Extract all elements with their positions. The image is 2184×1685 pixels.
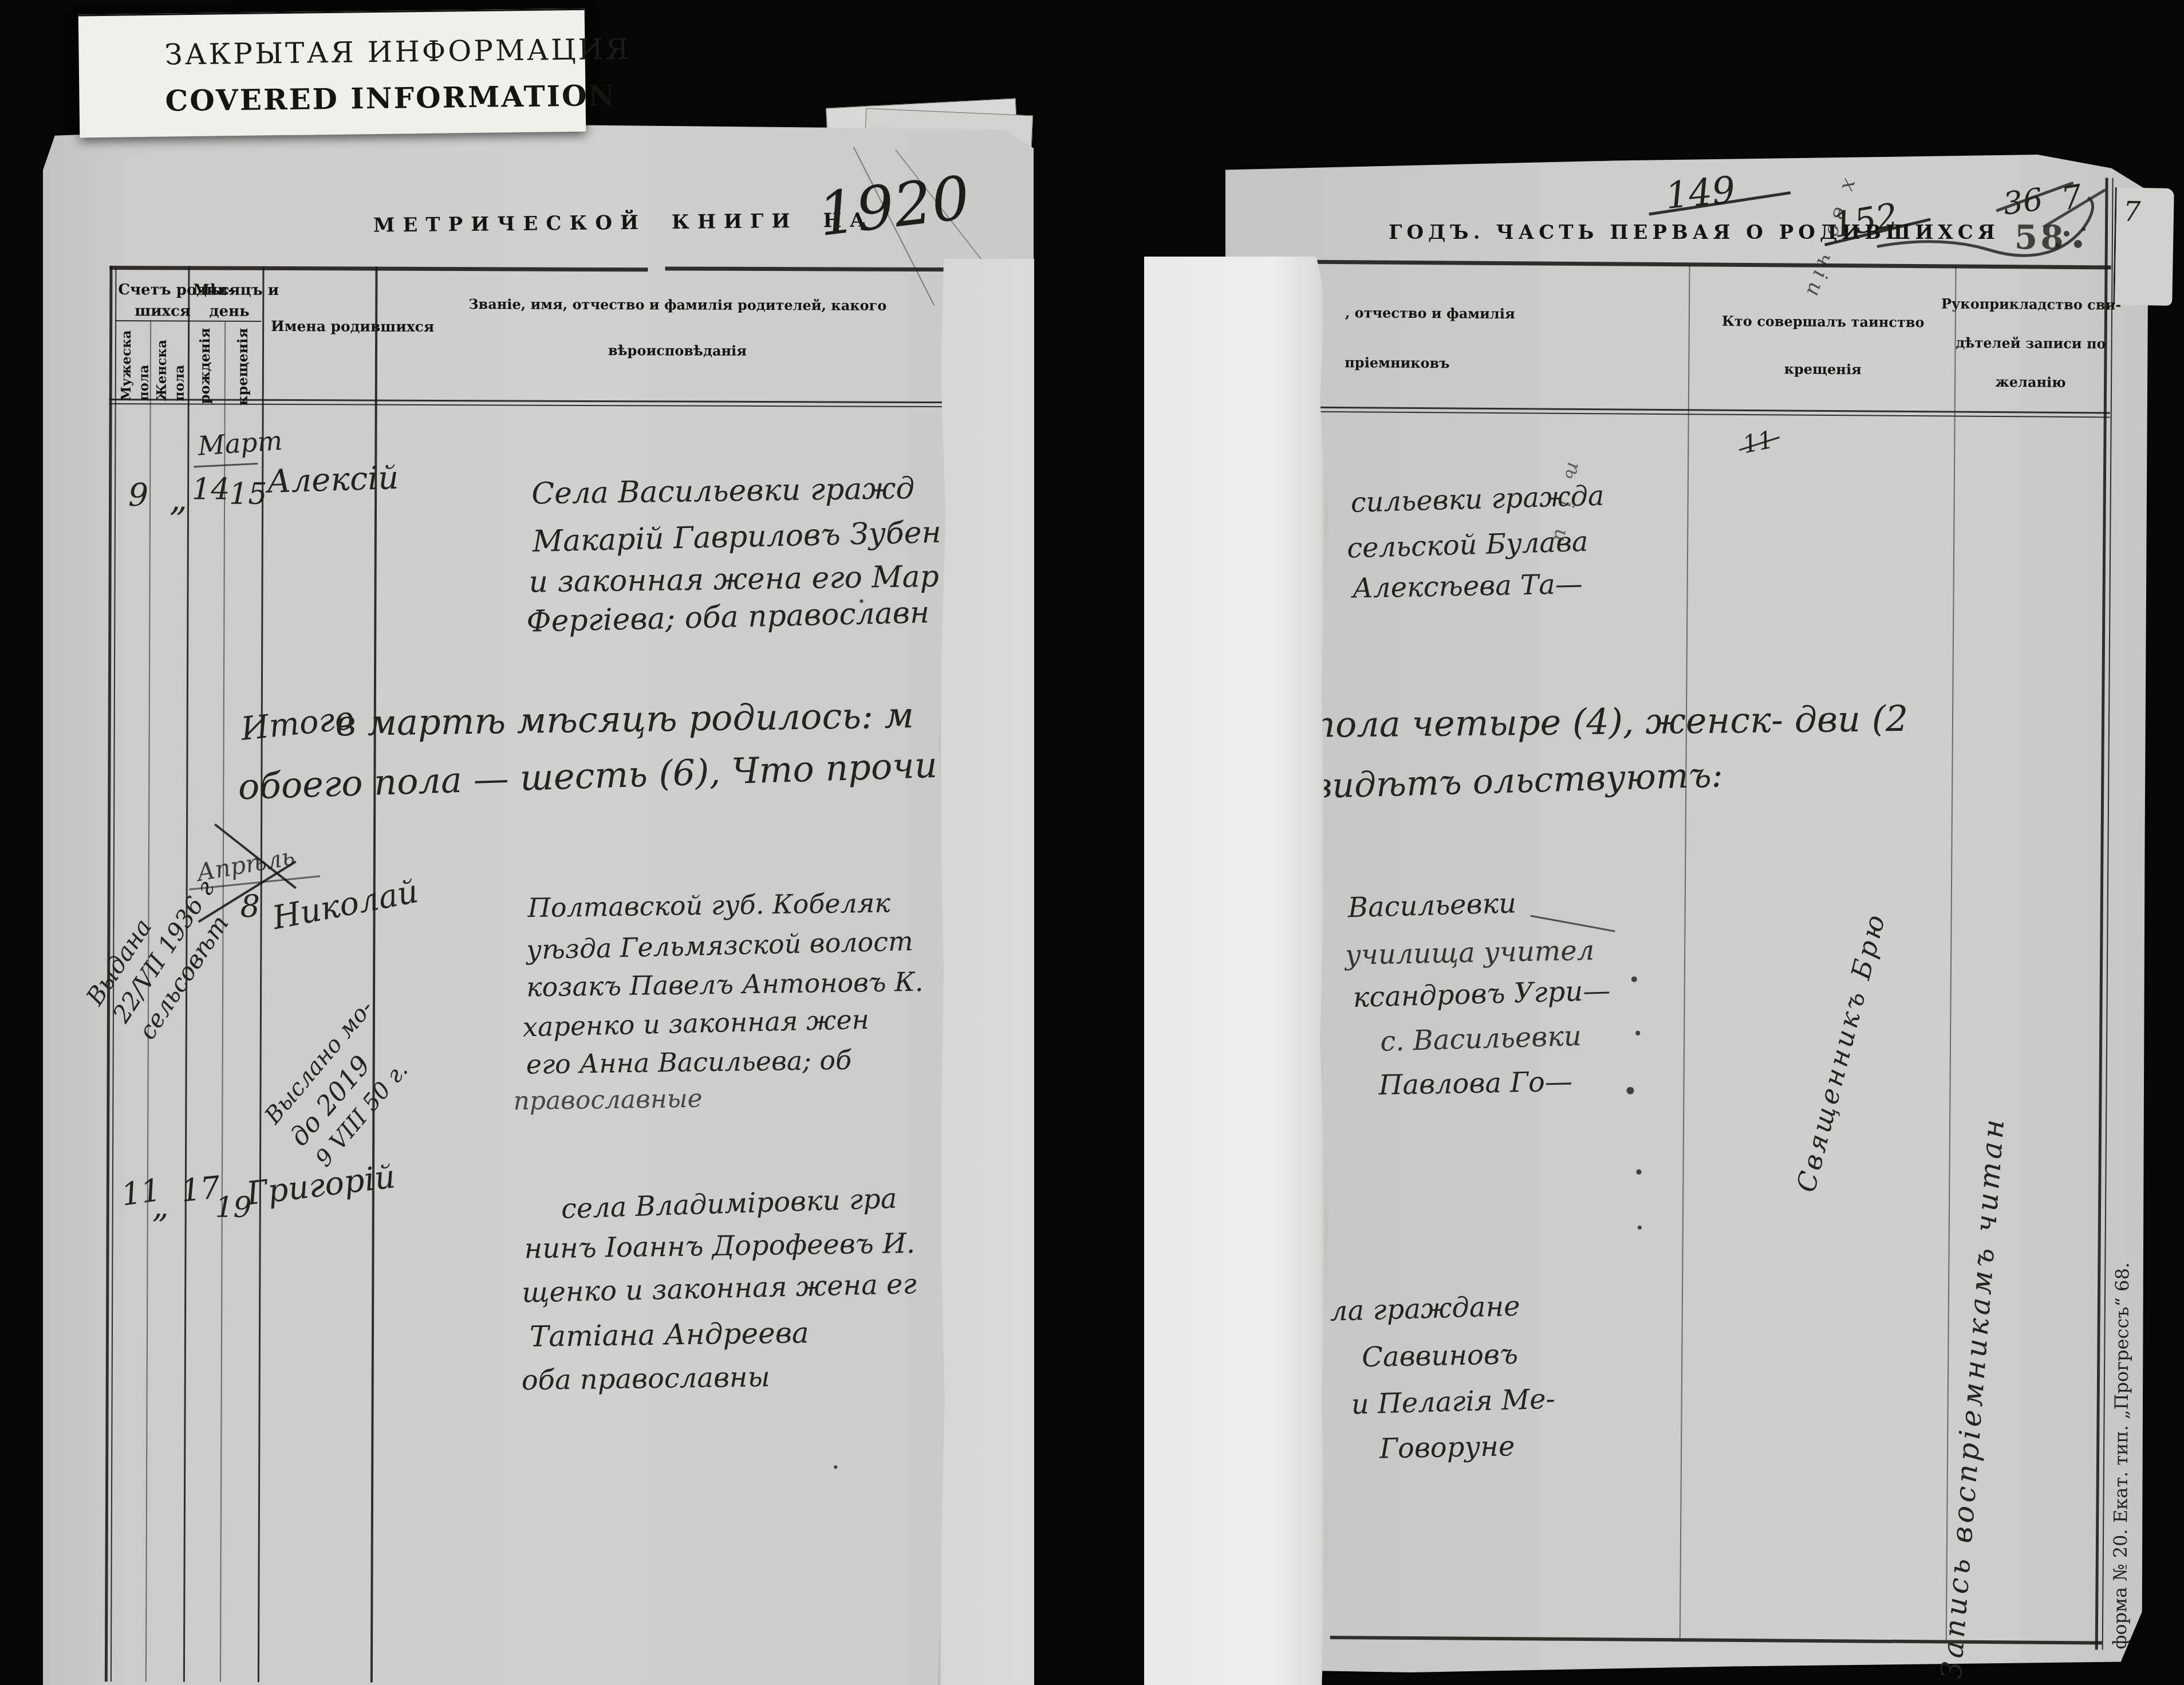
godparents-line: Саввиновъ: [1362, 1338, 1519, 1373]
crossing-swirl-stroke: [1871, 174, 2129, 284]
label-text-english: COVERED INFORMATION: [165, 78, 616, 118]
covered-information-label: ЗАКРЫТАЯ ИНФОРМАЦИЯ COVERED INFORMATION: [78, 9, 586, 138]
godparents-line: и Пелагія Ме-: [1351, 1383, 1555, 1421]
tab-page-number: 7: [2123, 196, 2141, 228]
godparents-line: Алексѣева Та—: [1352, 568, 1583, 605]
col-header-priest: Кто совершалъ таинство: [1722, 313, 1925, 330]
ink-speck: [1636, 1170, 1641, 1175]
ink-speck: [1626, 1087, 1634, 1095]
table-rule: [1330, 1636, 2102, 1644]
godparents-line: Павлова Го—: [1378, 1066, 1572, 1101]
col-header-witnesses: дѣтелей записи по: [1956, 334, 2106, 352]
godparents-line: Говоруне: [1379, 1430, 1515, 1465]
label-text-russian: ЗАКРЫТАЯ ИНФОРМАЦИЯ: [164, 33, 631, 72]
right-page-content: 149 152 ГОДЪ. ЧАСТЬ ПЕРВАЯ О РОДИВШИХСЯ …: [0, 0, 2184, 1685]
record-read-vertical-note: Запись воспріемникамъ читан: [1934, 1115, 2010, 1680]
godparents-line: училища учител: [1345, 935, 1595, 971]
table-rule: [1680, 265, 1690, 1639]
printer-imprint-vertical: форма № 20. Екат. тип. „Прогрессъ“ 68.: [2109, 1262, 2134, 1649]
godparents-line: с. Васильевки: [1379, 1020, 1582, 1058]
ink-speck: [1635, 1031, 1640, 1036]
col-header-witnesses: Рукоприкладство сви-: [1941, 295, 2121, 313]
torn-sheet-edge-left-page: [938, 259, 1034, 1685]
col-header-witnesses: желанію: [1995, 373, 2065, 391]
godparents-line: Васильевки: [1347, 887, 1517, 924]
scanned-archive-photo: { "label": { "ru": "ЗАКРЫТАЯ ИНФОРМАЦИЯ"…: [0, 0, 2184, 1685]
ink-speck: [1631, 977, 1637, 982]
col-header-priest: крещенія: [1784, 361, 1862, 378]
flourish-dash: [1530, 915, 1615, 932]
col-header-godparents: , отчество и фамилія: [1345, 304, 1515, 322]
godparents-line: ла граждане: [1330, 1290, 1520, 1328]
summary-line: видѣтъ ольствуютъ:: [1311, 755, 1723, 806]
cover-sheet-overlay: [1144, 257, 1327, 1685]
ink-speck: [1638, 1226, 1642, 1230]
godparents-line: ксандровъ Угри—: [1353, 975, 1611, 1014]
crossed-number-note: 11: [1740, 425, 1776, 459]
table-rule: [2095, 178, 2108, 1649]
summary-line: пола четыре (4), женск- дви (2: [1312, 698, 1909, 746]
col-header-godparents: пріемниковъ: [1345, 354, 1450, 371]
priest-vertical-note: Священникъ Брю: [1790, 909, 1891, 1195]
